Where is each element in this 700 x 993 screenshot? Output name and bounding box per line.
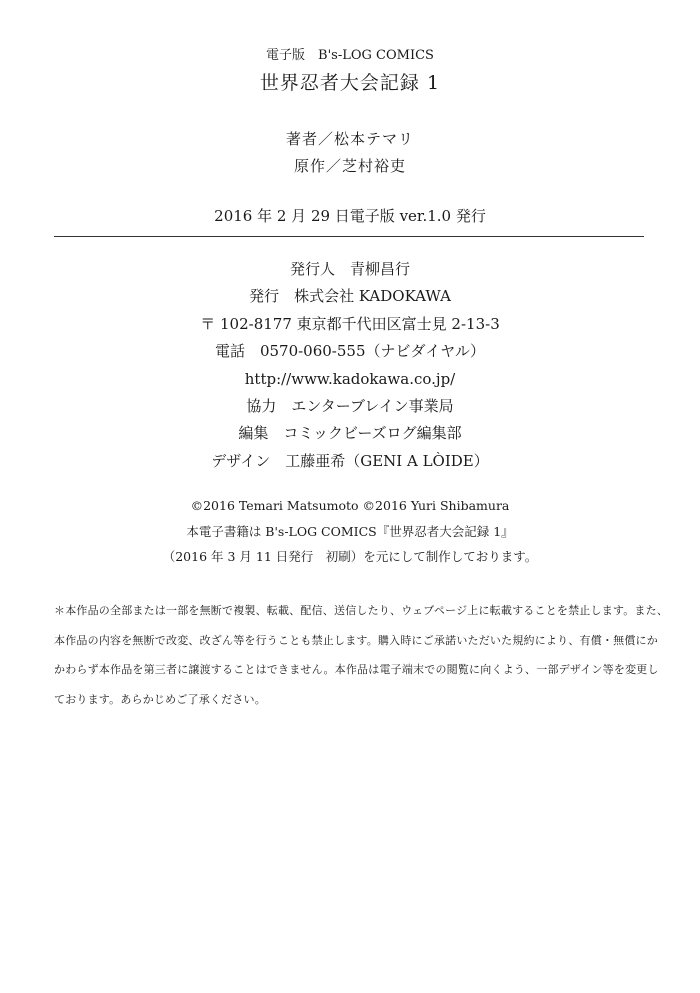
copyright-block: ©2016 Temari Matsumoto ©2016 Yuri Shibam… xyxy=(0,493,700,570)
source-edition-line: 本電子書籍は B's-LOG COMICS『世界忍者大会記録 1』 xyxy=(0,519,700,545)
cooperation-credit: 協力 エンターブレイン事業局 xyxy=(0,393,700,420)
legal-notice-line: ております。あらかじめご了承ください。 xyxy=(54,685,654,715)
original-work-credit: 原作／芝村裕吏 xyxy=(0,155,700,176)
publisher-company: 発行 株式会社 KADOKAWA xyxy=(0,283,700,310)
legal-notice-line: 本作品の内容を無断で改変、改ざん等を行うことも禁止します。購入時にご承諾いただい… xyxy=(54,626,654,656)
publisher-url-link[interactable]: http://www.kadokawa.co.jp/ xyxy=(0,366,700,393)
publisher-phone: 電話 0570-060-555（ナビダイヤル） xyxy=(0,338,700,365)
copyright-line: ©2016 Temari Matsumoto ©2016 Yuri Shibam… xyxy=(0,493,700,519)
divider-rule xyxy=(54,236,644,237)
publisher-person: 発行人 青柳昌行 xyxy=(0,256,700,283)
author-credit: 著者／松本テマリ xyxy=(0,128,700,149)
editorial-credit: 編集 コミックビーズログ編集部 xyxy=(0,420,700,447)
design-credit: デザイン 工藤亜希（GENI A LÒIDE） xyxy=(0,448,700,475)
publisher-info: 発行人 青柳昌行 発行 株式会社 KADOKAWA 〒 102-8177 東京都… xyxy=(0,256,700,475)
imprint-label: 電子版 B's-LOG COMICS xyxy=(0,44,700,63)
legal-notice-line: ＊本作品の全部または一部を無断で複製、転載、配信、送信したり、ウェブページ上に転… xyxy=(54,596,654,626)
source-edition-date-line: （2016 年 3 月 11 日発行 初刷）を元にして制作しております。 xyxy=(0,544,700,570)
legal-notice-line: かわらず本作品を第三者に譲渡することはできません。本作品は電子端末での閲覧に向く… xyxy=(54,655,654,685)
publisher-address: 〒 102-8177 東京都千代田区富士見 2-13-3 xyxy=(0,311,700,338)
publication-date: 2016 年 2 月 29 日電子版 ver.1.0 発行 xyxy=(0,205,700,226)
book-title: 世界忍者大会記録 1 xyxy=(0,68,700,95)
legal-notice: ＊本作品の全部または一部を無断で複製、転載、配信、送信したり、ウェブページ上に転… xyxy=(54,596,654,714)
